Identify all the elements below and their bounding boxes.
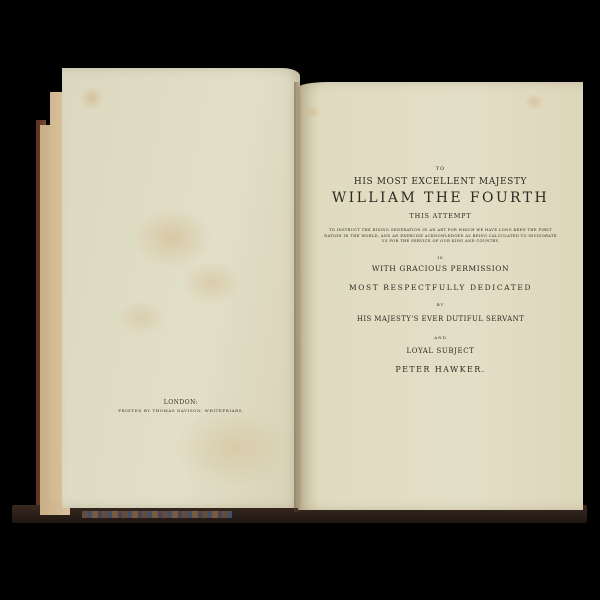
dedication-monarch: WILLIAM THE FOURTH xyxy=(298,190,583,206)
imprint-printer: PRINTED BY THOMAS DAVISON, WHITEFRIARS. xyxy=(62,408,300,413)
dedication-is: IS xyxy=(298,255,583,260)
dedication-and: AND xyxy=(298,335,583,340)
dedication-to: TO xyxy=(298,166,583,172)
imprint-city: LONDON: xyxy=(62,399,300,406)
dedication-servant: HIS MAJESTY'S EVER DUTIFUL SERVANT xyxy=(298,315,583,323)
dedication-this-attempt: THIS ATTEMPT xyxy=(298,212,583,220)
dedication-purpose: TO INSTRUCT THE RISING GENERATION IN AN … xyxy=(298,228,583,245)
dedication-permission: WITH GRACIOUS PERMISSION xyxy=(298,264,583,273)
book-photo: LONDON: PRINTED BY THOMAS DAVISON, WHITE… xyxy=(0,0,600,600)
left-page: LONDON: PRINTED BY THOMAS DAVISON, WHITE… xyxy=(62,68,300,508)
dedication-dedicated: MOST RESPECTFULLY DEDICATED xyxy=(298,283,583,292)
book-gutter xyxy=(294,82,302,512)
dedication-author: PETER HAWKER. xyxy=(298,365,583,374)
marbled-edge xyxy=(82,511,232,518)
right-page: TO HIS MOST EXCELLENT MAJESTY WILLIAM TH… xyxy=(298,82,583,510)
dedication-loyal: LOYAL SUBJECT xyxy=(298,347,583,355)
dedication-by: BY xyxy=(298,302,583,307)
dedication-addressee: HIS MOST EXCELLENT MAJESTY xyxy=(298,177,583,187)
